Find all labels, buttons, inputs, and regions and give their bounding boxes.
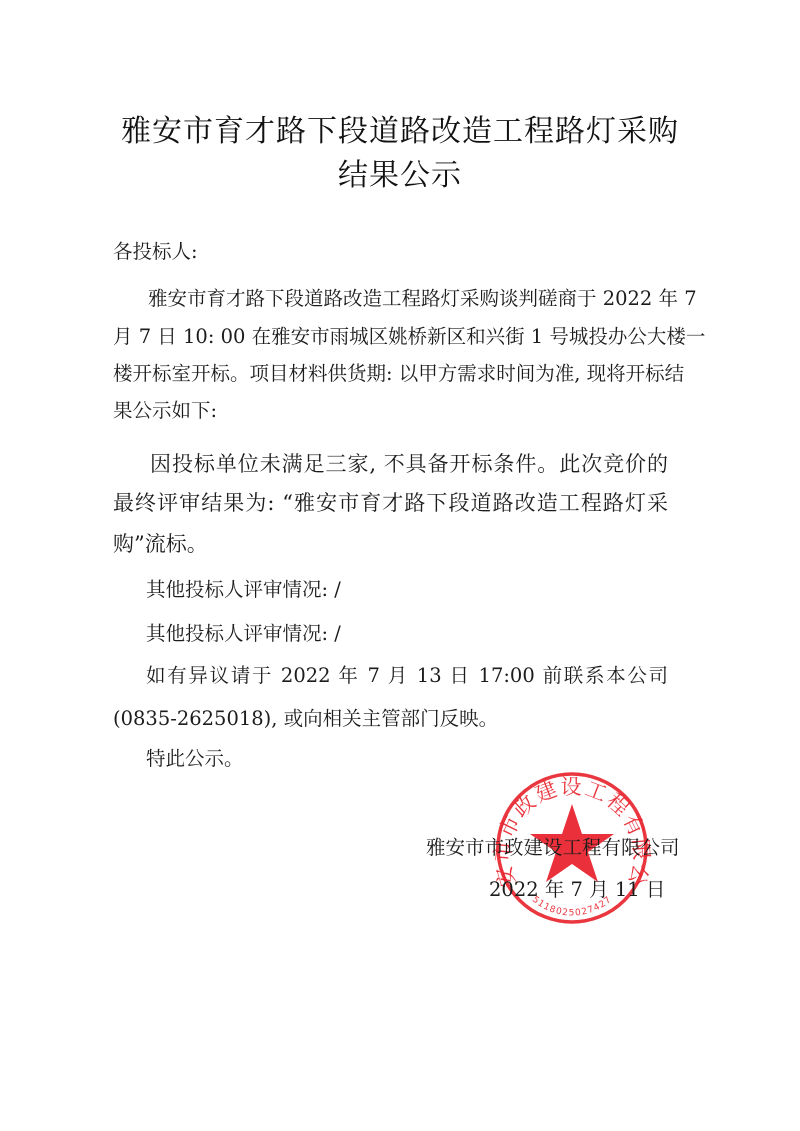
- document-title-line-1: 雅安市育才路下段道路改造工程路灯采购: [0, 106, 800, 150]
- signature-date: 2022 年 7 月 11 日: [489, 874, 665, 902]
- paragraph-2-line-2: 最终评审结果为: “雅安市育才路下段道路改造工程路灯采: [113, 487, 668, 517]
- paragraph-1-line-3: 楼开标室开标。项目材料供货期: 以甲方需求时间为准, 现将开标结: [113, 358, 668, 386]
- objection-line-1: 如有异议请于 2022 年 7 月 13 日 17:00 前联系本公司: [146, 660, 668, 688]
- other-review-2: 其他投标人评审情况: /: [146, 618, 341, 646]
- paragraph-1-line-1: 雅安市育才路下段道路改造工程路灯采购谈判磋商于 2022 年 7: [148, 283, 668, 311]
- paragraph-2-line-3: 购”流标。: [113, 528, 208, 558]
- other-review-1: 其他投标人评审情况: /: [146, 574, 341, 602]
- paragraph-2-line-1: 因投标单位未满足三家, 不具备开标条件。此次竞价的: [150, 448, 668, 478]
- document-title-line-2: 结果公示: [0, 150, 800, 194]
- closing-text: 特此公示。: [146, 743, 244, 771]
- salutation: 各投标人:: [113, 236, 198, 264]
- paragraph-1-line-2: 月 7 日 10: 00 在雅安市雨城区姚桥新区和兴街 1 号城投办公大楼一: [113, 321, 668, 349]
- objection-line-2: (0835-2625018), 或向相关主管部门反映。: [113, 703, 498, 731]
- signature-company: 雅安市市政建设工程有限公司: [426, 832, 680, 860]
- paragraph-1-line-4: 果公示如下:: [113, 395, 217, 423]
